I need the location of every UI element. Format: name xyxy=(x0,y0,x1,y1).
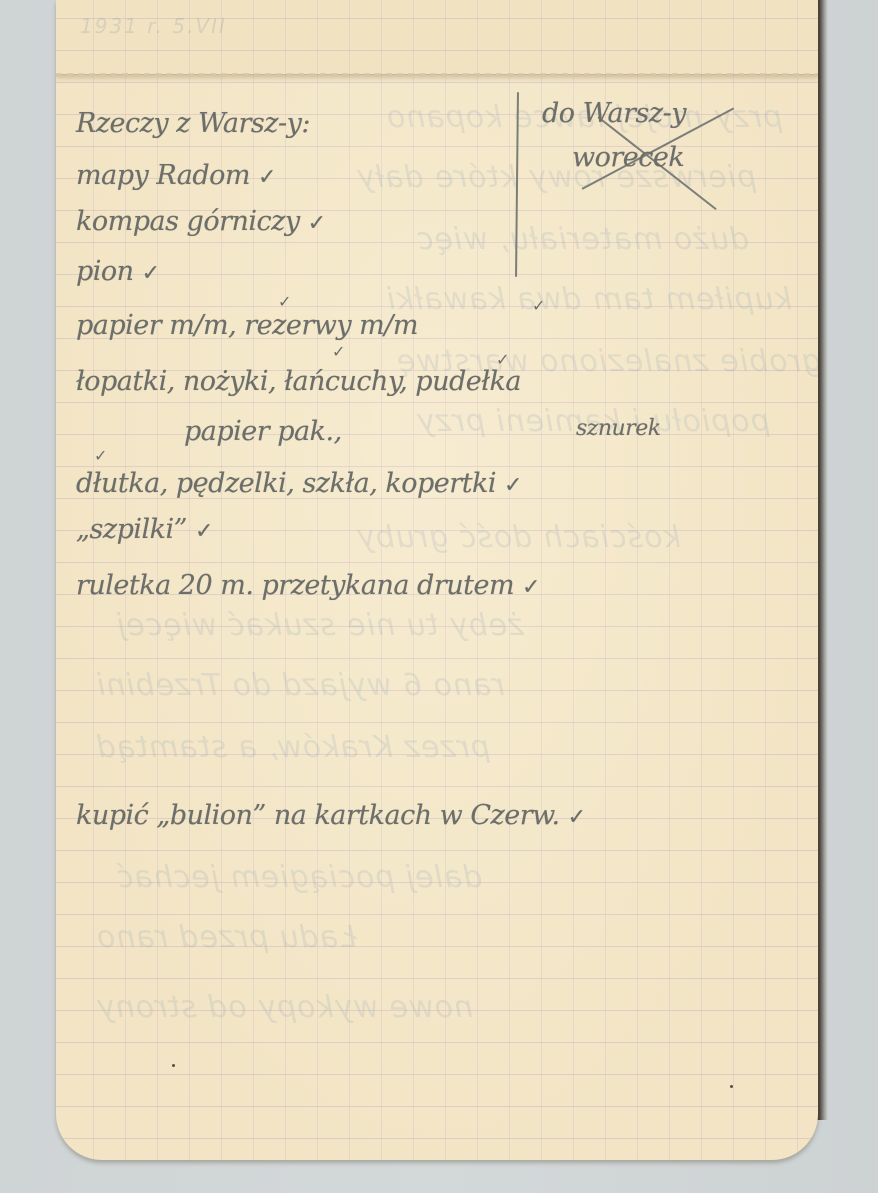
list-item-text: pion xyxy=(76,256,134,287)
list-item-text: łopatki, nożyki, łańcuchy, pudełka xyxy=(76,366,521,397)
list-item: kupić „bulion” na kartkach w Czerw.✓ xyxy=(76,800,586,831)
list-item: „szpilki”✓ xyxy=(76,514,213,545)
list-item-continuation: papier pak., xyxy=(184,416,342,447)
bleed-through-line: dużo materiału, więc xyxy=(416,222,749,257)
list-item: pion✓ xyxy=(76,256,160,287)
list-item-text: papier m/m, rezerwy m/m xyxy=(76,310,418,341)
list-item: kompas górniczy✓ xyxy=(76,206,326,237)
faint-date-header: 1931 r. 5.VII xyxy=(80,14,227,38)
list-item: ruletka 20 m. przetykana drutem✓ xyxy=(76,570,540,601)
list-heading: Rzeczy z Warsz-y: xyxy=(76,108,310,139)
list-heading-text: Rzeczy z Warsz-y: xyxy=(76,108,310,139)
check-caret-icon: ✓ xyxy=(332,342,345,361)
list-item-text: ruletka 20 m. przetykana drutem xyxy=(76,570,514,601)
list-item-text: kompas górniczy xyxy=(76,206,300,237)
bleed-through-line: dalej pociągiem jechać xyxy=(116,860,482,895)
checkmark-icon: ✓ xyxy=(568,805,586,830)
bleed-through-line: przez Kraków, a stamtąd xyxy=(96,730,490,765)
perforation-line xyxy=(56,73,818,77)
bleed-through-line: Ładu przed rano xyxy=(96,920,356,955)
list-item-text: „szpilki” xyxy=(76,514,187,545)
check-caret-icon: ✓ xyxy=(94,446,107,465)
checkmark-icon: ✓ xyxy=(142,261,160,286)
list-item: papier m/m, rezerwy m/m xyxy=(76,310,418,341)
list-item-text: kupić „bulion” na kartkach w Czerw. xyxy=(76,800,560,831)
list-item-annotation: sznurek xyxy=(576,416,661,441)
list-item-text: dłutka, pędzelki, szkła, kopertki xyxy=(76,468,496,499)
bleed-through-line: rano 6 wyjazd do Trzebini xyxy=(96,668,505,703)
struck-item: worecek xyxy=(572,142,684,173)
checkmark-icon: ✓ xyxy=(195,519,213,544)
bleed-through-line: żeby tu nie szukać więcej xyxy=(116,608,524,643)
list-item-text: sznurek xyxy=(576,416,661,441)
bleed-through-line: nowe wykopy od strony xyxy=(96,990,473,1025)
checkmark-icon: ✓ xyxy=(504,473,522,498)
bleed-through-line: kościach dość gruby xyxy=(356,520,681,555)
checkmark-icon: ✓ xyxy=(308,211,326,236)
list-item-text: mapy Radom xyxy=(76,160,250,191)
paper-speck xyxy=(172,1064,175,1067)
notebook-page: 1931 r. 5.VII przy mojej ławce kopano pi… xyxy=(56,0,818,1160)
paper-speck xyxy=(730,1085,733,1088)
list-item: dłutka, pędzelki, szkła, kopertki✓ xyxy=(76,468,522,499)
check-caret-icon: ✓ xyxy=(278,292,291,311)
list-item: mapy Radom✓ xyxy=(76,160,276,191)
bleed-through-line: kupiłem tam dwa kawałki xyxy=(386,282,792,317)
check-caret-icon: ✓ xyxy=(532,296,545,315)
checkmark-icon: ✓ xyxy=(522,575,540,600)
bleed-through-line: pierwsze rowy które dały xyxy=(356,160,756,195)
struck-heading: do Warsz-y xyxy=(542,98,686,129)
checkmark-icon: ✓ xyxy=(258,165,276,190)
list-item: łopatki, nożyki, łańcuchy, pudełka xyxy=(76,366,521,397)
list-item-text: papier pak., xyxy=(184,416,342,447)
